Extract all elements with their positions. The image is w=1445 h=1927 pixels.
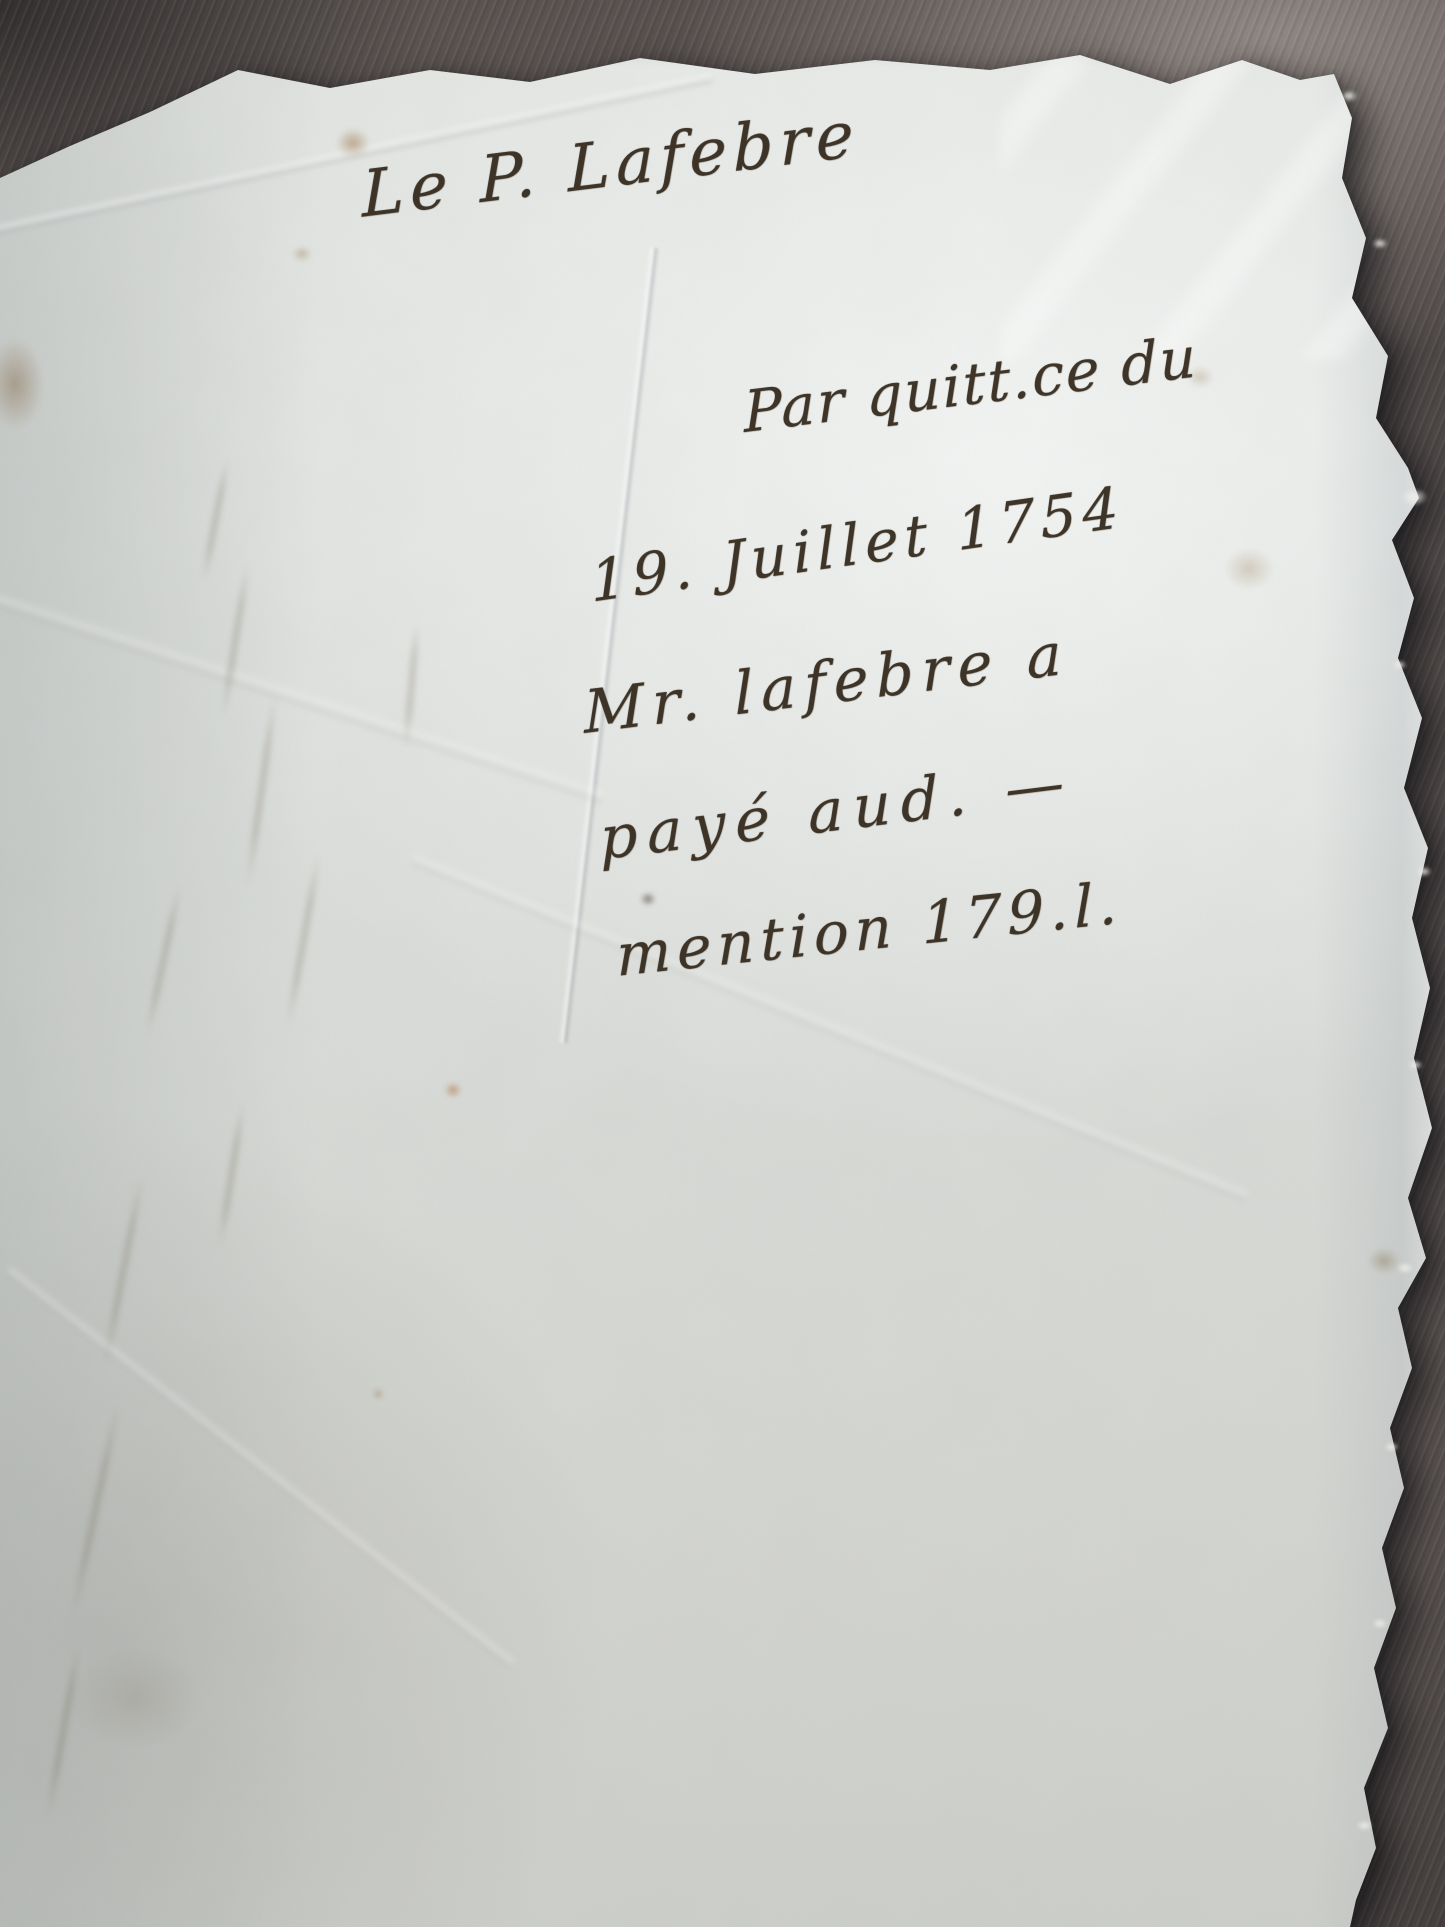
paper-fiber <box>1416 866 1432 877</box>
manuscript-paper: Le P. Lafebre Par quitt.ce du 19. Juille… <box>0 0 1445 1927</box>
paper-fiber <box>1392 660 1407 670</box>
paper-fiber <box>1356 1820 1373 1831</box>
paper-shadow-wrap: Le P. Lafebre Par quitt.ce du 19. Juille… <box>0 0 1445 1927</box>
paper-fiber <box>1408 1060 1423 1070</box>
paper-fiber <box>1384 1442 1399 1452</box>
paper-fiber <box>1396 1262 1414 1274</box>
paper-fiber <box>1340 90 1358 102</box>
manuscript-photo: Le P. Lafebre Par quitt.ce du 19. Juille… <box>0 0 1445 1927</box>
paper-fiber <box>1372 1618 1388 1629</box>
paper-fiber <box>1400 488 1428 506</box>
paper-fiber <box>1372 238 1388 249</box>
